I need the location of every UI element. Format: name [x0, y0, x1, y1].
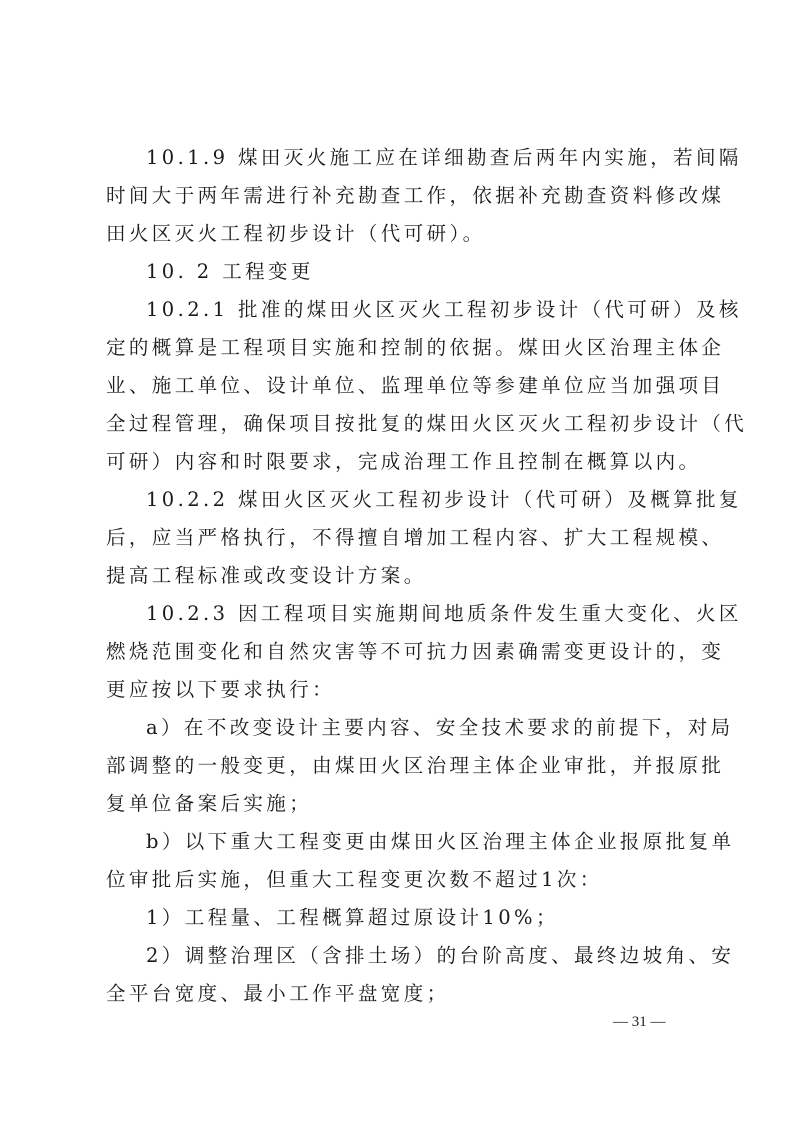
clause-10-1-9-line-3: 田火区灭火工程初步设计（代可研）。 — [106, 222, 486, 246]
subitem-2-line-2: 全平台宽度、最小工作平盘宽度； — [106, 982, 450, 1006]
clause-10-2-2-line-2: 后，应当严格执行，不得擅自增加工程内容、扩大工程规模、 — [106, 526, 724, 550]
clause-10-1-9-line-1: 10.1.9 煤田灭火施工应在详细勘查后两年内实施，若间隔 — [146, 146, 742, 170]
clause-10-2-1-line-1: 10.2.1 批准的煤田火区灭火工程初步设计（代可研）及核 — [146, 298, 742, 322]
item-a-line-1: a）在不改变设计主要内容、安全技术要求的前提下，对局 — [146, 716, 734, 740]
clause-10-2-3-line-2: 燃烧范围变化和自然灾害等不可抗力因素确需变更设计的，变 — [106, 640, 724, 664]
clause-10-2-1-line-2: 定的概算是工程项目实施和控制的依据。煤田火区治理主体企 — [106, 336, 724, 360]
clause-10-2-1-line-4: 全过程管理，确保项目按批复的煤田火区灭火工程初步设计（代 — [106, 412, 747, 436]
clause-10-2-1-line-5: 可研）内容和时限要求，完成治理工作且控制在概算以内。 — [106, 450, 701, 474]
section-heading-10-2: 10. 2 工程变更 — [146, 260, 314, 284]
clause-10-2-3-line-3: 更应按以下要求执行： — [106, 678, 335, 702]
subitem-1: 1）工程量、工程概算超过原设计10%； — [146, 906, 559, 930]
item-a-line-3: 复单位备案后实施； — [106, 792, 312, 816]
clause-10-2-1-line-3: 业、施工单位、设计单位、监理单位等参建单位应当加强项目 — [106, 374, 724, 398]
subitem-2-line-1: 2）调整治理区（含排土场）的台阶高度、最终边坡角、安 — [146, 944, 734, 968]
item-a-line-2: 部调整的一般变更，由煤田火区治理主体企业审批，并报原批 — [106, 754, 724, 778]
page-number: — 31 — — [613, 1014, 666, 1031]
item-b-line-1: b）以下重大工程变更由煤田火区治理主体企业报原批复单 — [146, 830, 734, 854]
clause-10-1-9-line-2: 时间大于两年需进行补充勘查工作，依据补充勘查资料修改煤 — [106, 184, 724, 208]
item-b-line-2: 位审批后实施，但重大工程变更次数不超过1次： — [106, 868, 603, 892]
clause-10-2-2-line-1: 10.2.2 煤田火区灭火工程初步设计（代可研）及概算批复 — [146, 488, 742, 512]
clause-10-2-2-line-3: 提高工程标准或改变设计方案。 — [106, 564, 427, 588]
clause-10-2-3-line-1: 10.2.3 因工程项目实施期间地质条件发生重大变化、火区 — [146, 602, 742, 626]
